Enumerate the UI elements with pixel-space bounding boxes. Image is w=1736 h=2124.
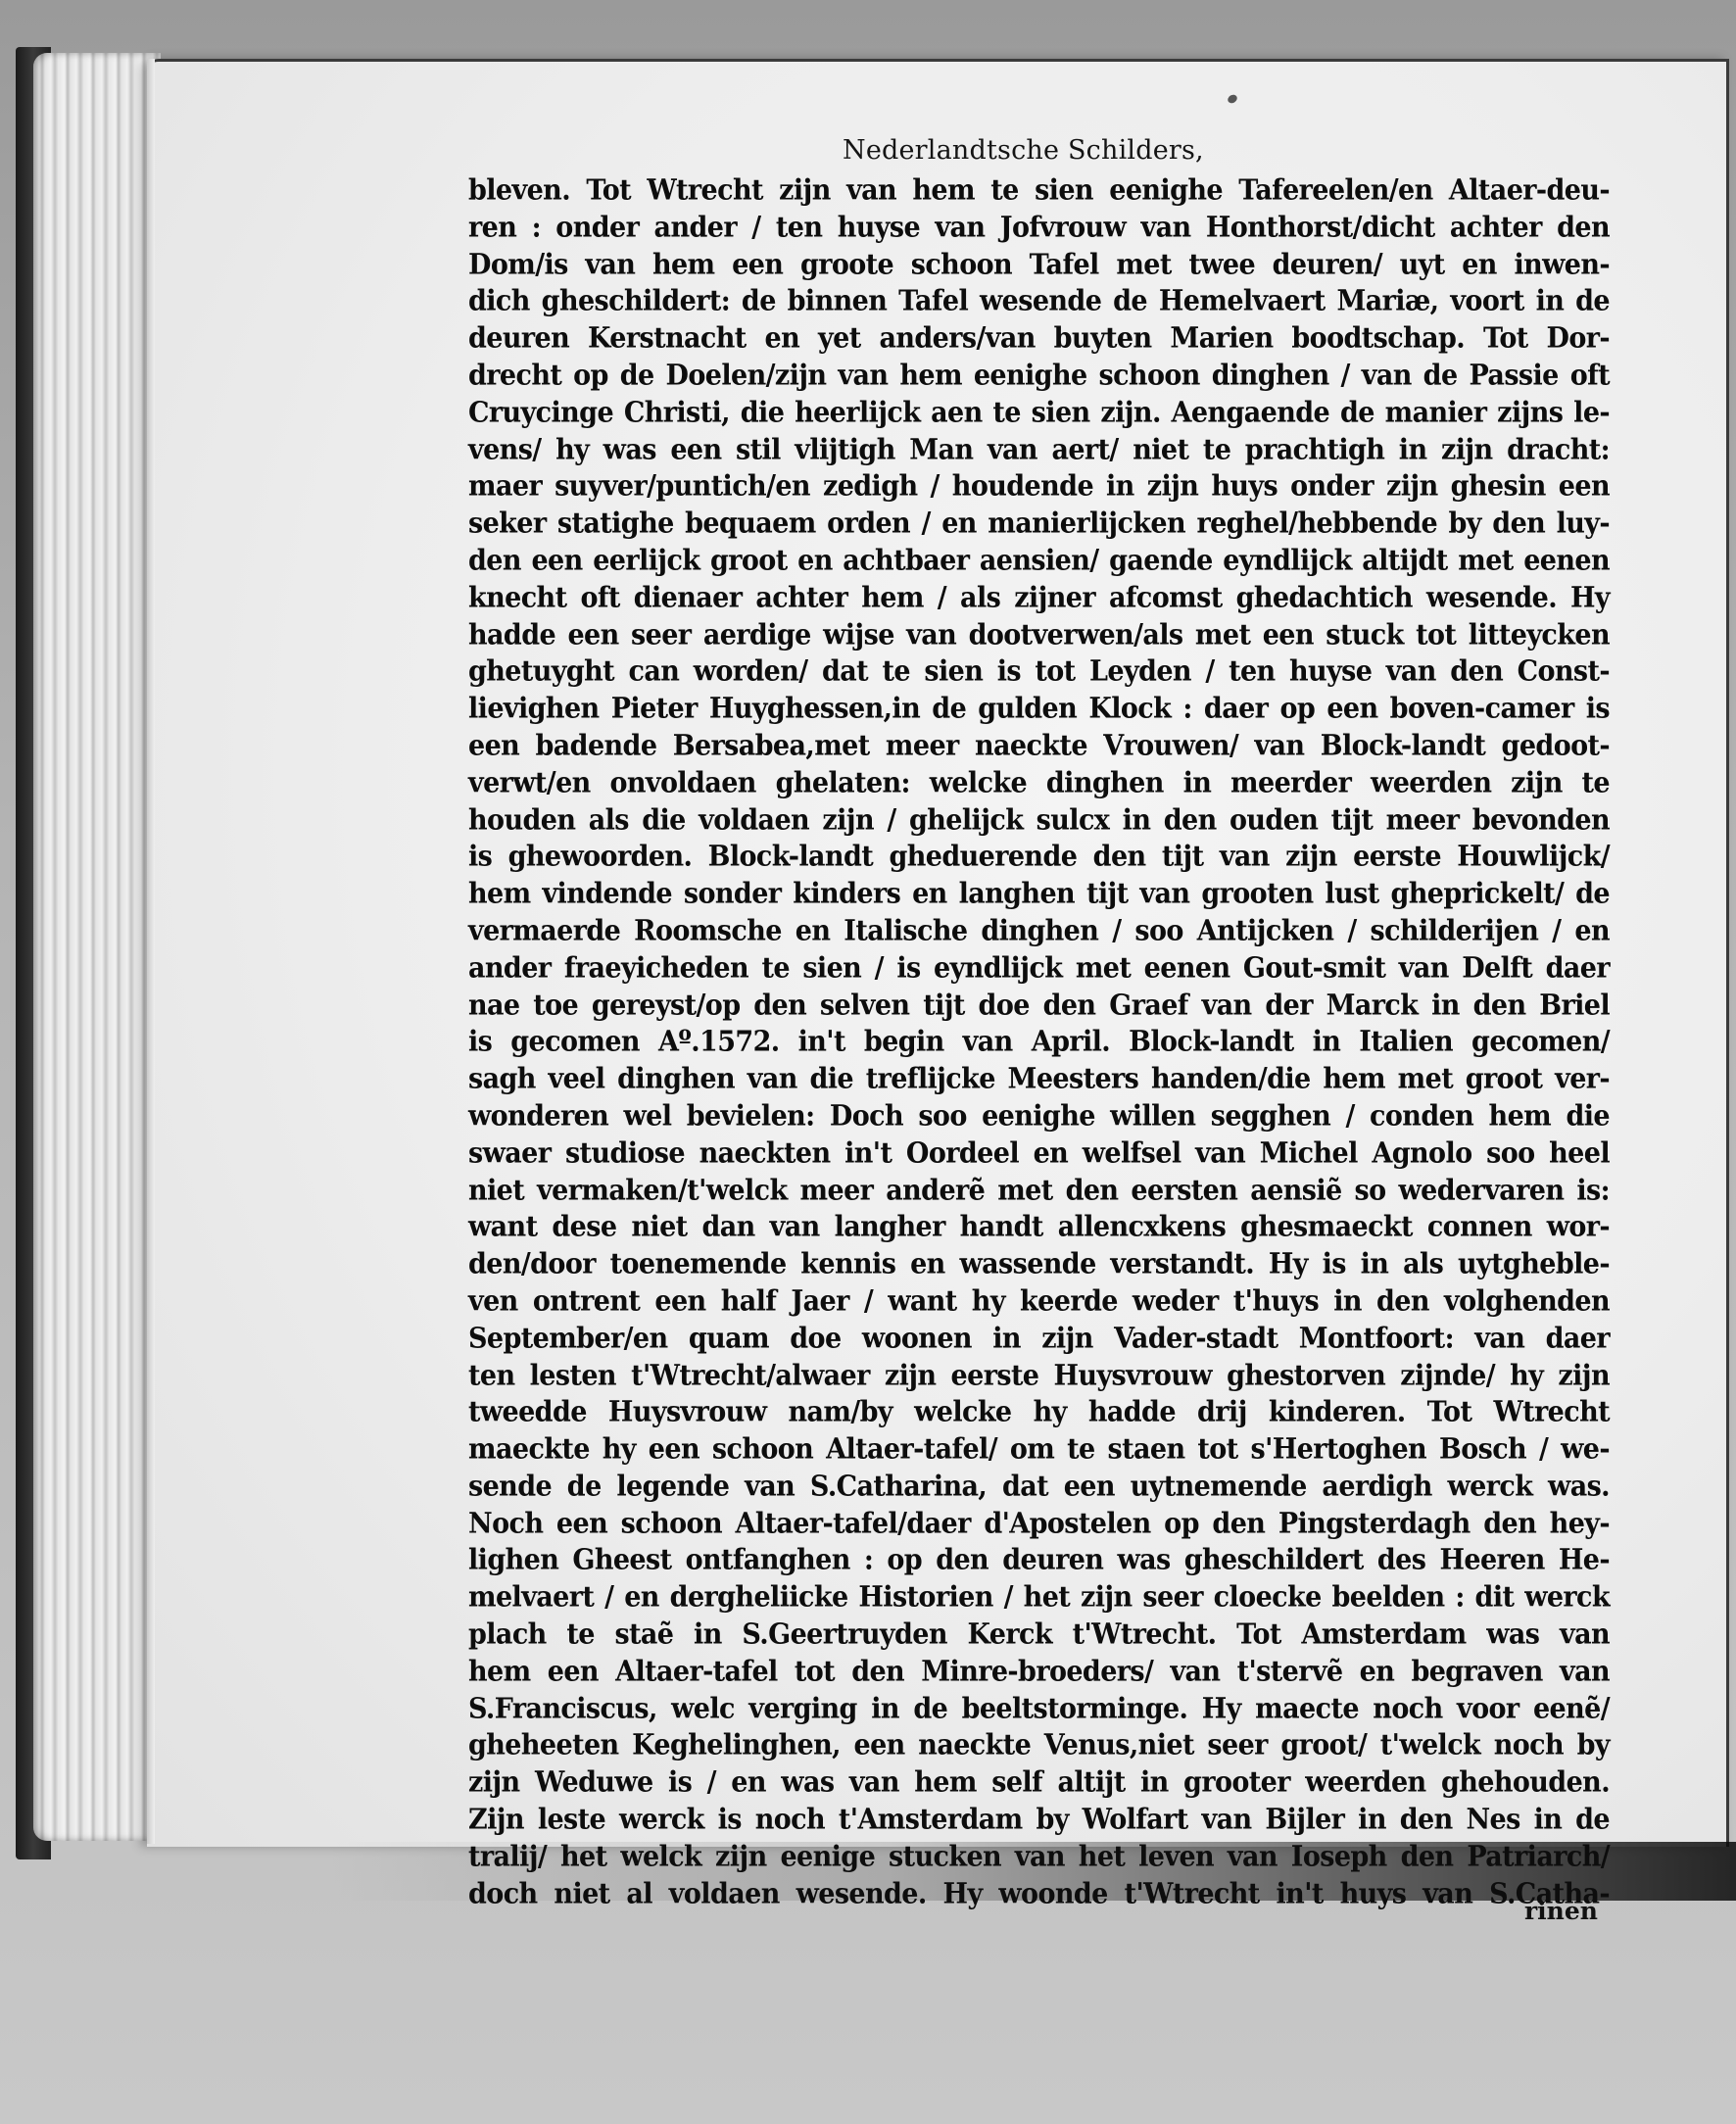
text-line: ghetuyght can worden/ dat te sien is tot…: [468, 652, 1610, 693]
running-head: Nederlandtsche Schilders,: [843, 135, 1204, 166]
text-line: plach te staẽ in S.Geertruyden Kerck t'W…: [468, 1616, 1610, 1656]
text-line: hem vindende sonder kinders en langhen t…: [468, 875, 1610, 915]
page-gutter: [147, 59, 155, 1844]
text-line: want dese niet dan van langher handt all…: [468, 1208, 1610, 1248]
text-line: een badende Bersabea,met meer naeckte Vr…: [468, 726, 1610, 766]
text-line: ven ontrent een half Jaer / want hy keer…: [468, 1281, 1610, 1322]
text-line: swaer studiose naeckten in't Oordeel en …: [468, 1134, 1610, 1174]
text-line: seker statighe bequaem orden / en manier…: [468, 505, 1610, 545]
book-photograph: Nederlandtsche Schilders, bleven. Tot Wt…: [0, 0, 1736, 2124]
text-line: Noch een schoon Altaer-tafel/daer d'Apos…: [468, 1504, 1610, 1544]
text-line: wonderen wel bevielen: Doch soo eenighe …: [468, 1096, 1610, 1136]
page-stack-edges: [33, 53, 161, 1841]
catchword: rinen: [1524, 1897, 1598, 1925]
text-line: verwt/en onvoldaen ghelaten: welcke ding…: [468, 763, 1610, 803]
text-line: drecht op de Doelen/zijn van hem eenighe…: [468, 356, 1610, 396]
text-line: deuren Kerstnacht en yet anders/van buyt…: [468, 319, 1610, 360]
text-line: Cruycinge Christi, die heerlijck aen te …: [468, 393, 1610, 433]
text-line: knecht oft dienaer achter hem / als zijn…: [468, 578, 1610, 618]
text-line: is gecomen Aº.1572. in't begin van April…: [468, 1023, 1610, 1063]
text-line: maeckte hy een schoon Altaer-tafel/ om t…: [468, 1430, 1610, 1471]
text-line: dich gheschildert: de binnen Tafel wesen…: [468, 282, 1610, 322]
text-line: melvaert / en dergheliicke Historien / h…: [468, 1578, 1610, 1618]
text-line: zijn Weduwe is / en was van hem self alt…: [468, 1763, 1610, 1804]
text-line: bleven. Tot Wtrecht zijn van hem te sien…: [468, 170, 1610, 211]
text-line: vens/ hy was een stil vlijtigh Man van a…: [468, 430, 1610, 470]
text-line: hem een Altaer-tafel tot den Minre-broed…: [468, 1652, 1610, 1692]
text-line: sende de legende van S.Catharina, dat ee…: [468, 1467, 1610, 1507]
body-text: bleven. Tot Wtrecht zijn van hem te sien…: [468, 172, 1610, 1912]
text-line: tweedde Huysvrouw nam/by welcke hy hadde…: [468, 1393, 1610, 1433]
text-line: nae toe gereyst/op den selven tijt doe d…: [468, 986, 1610, 1026]
text-line: maer suyver/puntich/en zedigh / houdende…: [468, 467, 1610, 507]
text-line: den/door toenemende kennis en wassende v…: [468, 1245, 1610, 1285]
text-line: gheheeten Keghelinghen, een naeckte Venu…: [468, 1726, 1610, 1766]
text-line: September/en quam doe woonen in zijn Vad…: [468, 1319, 1610, 1359]
text-line: niet vermaken/t'welck meer anderẽ met de…: [468, 1171, 1610, 1211]
text-line: S.Franciscus, welc verging in de beeltst…: [468, 1689, 1610, 1729]
text-line: is ghewoorden. Block-landt gheduerende d…: [468, 838, 1610, 878]
text-line: tralij/ het welck zijn eenige stucken va…: [468, 1837, 1610, 1877]
text-line: lievighen Pieter Huyghessen,in de gulden…: [468, 690, 1610, 730]
text-line: vermaerde Roomsche en Italische dinghen …: [468, 911, 1610, 951]
text-line: ten lesten t'Wtrecht/alwaer zijn eerste …: [468, 1356, 1610, 1396]
text-line: ren : onder ander / ten huyse van Jofvro…: [468, 208, 1610, 248]
text-line: hadde een seer aerdige wijse van dootver…: [468, 615, 1610, 655]
text-line: doch niet al voldaen wesende. Hy woonde …: [468, 1874, 1610, 1914]
text-line: ander fraeyicheden te sien / is eyndlijc…: [468, 948, 1610, 989]
text-line: houden als die voldaen zijn / ghelijck s…: [468, 800, 1610, 841]
text-line: den een eerlijck groot en achtbaer aensi…: [468, 541, 1610, 581]
text-line: Zijn leste werck is noch t'Amsterdam by …: [468, 1801, 1610, 1841]
text-line: Dom/is van hem een groote schoon Tafel m…: [468, 245, 1610, 285]
text-line: lighen Gheest ontfanghen : op den deuren…: [468, 1541, 1610, 1581]
text-line: sagh veel dinghen van die treflijcke Mee…: [468, 1060, 1610, 1100]
